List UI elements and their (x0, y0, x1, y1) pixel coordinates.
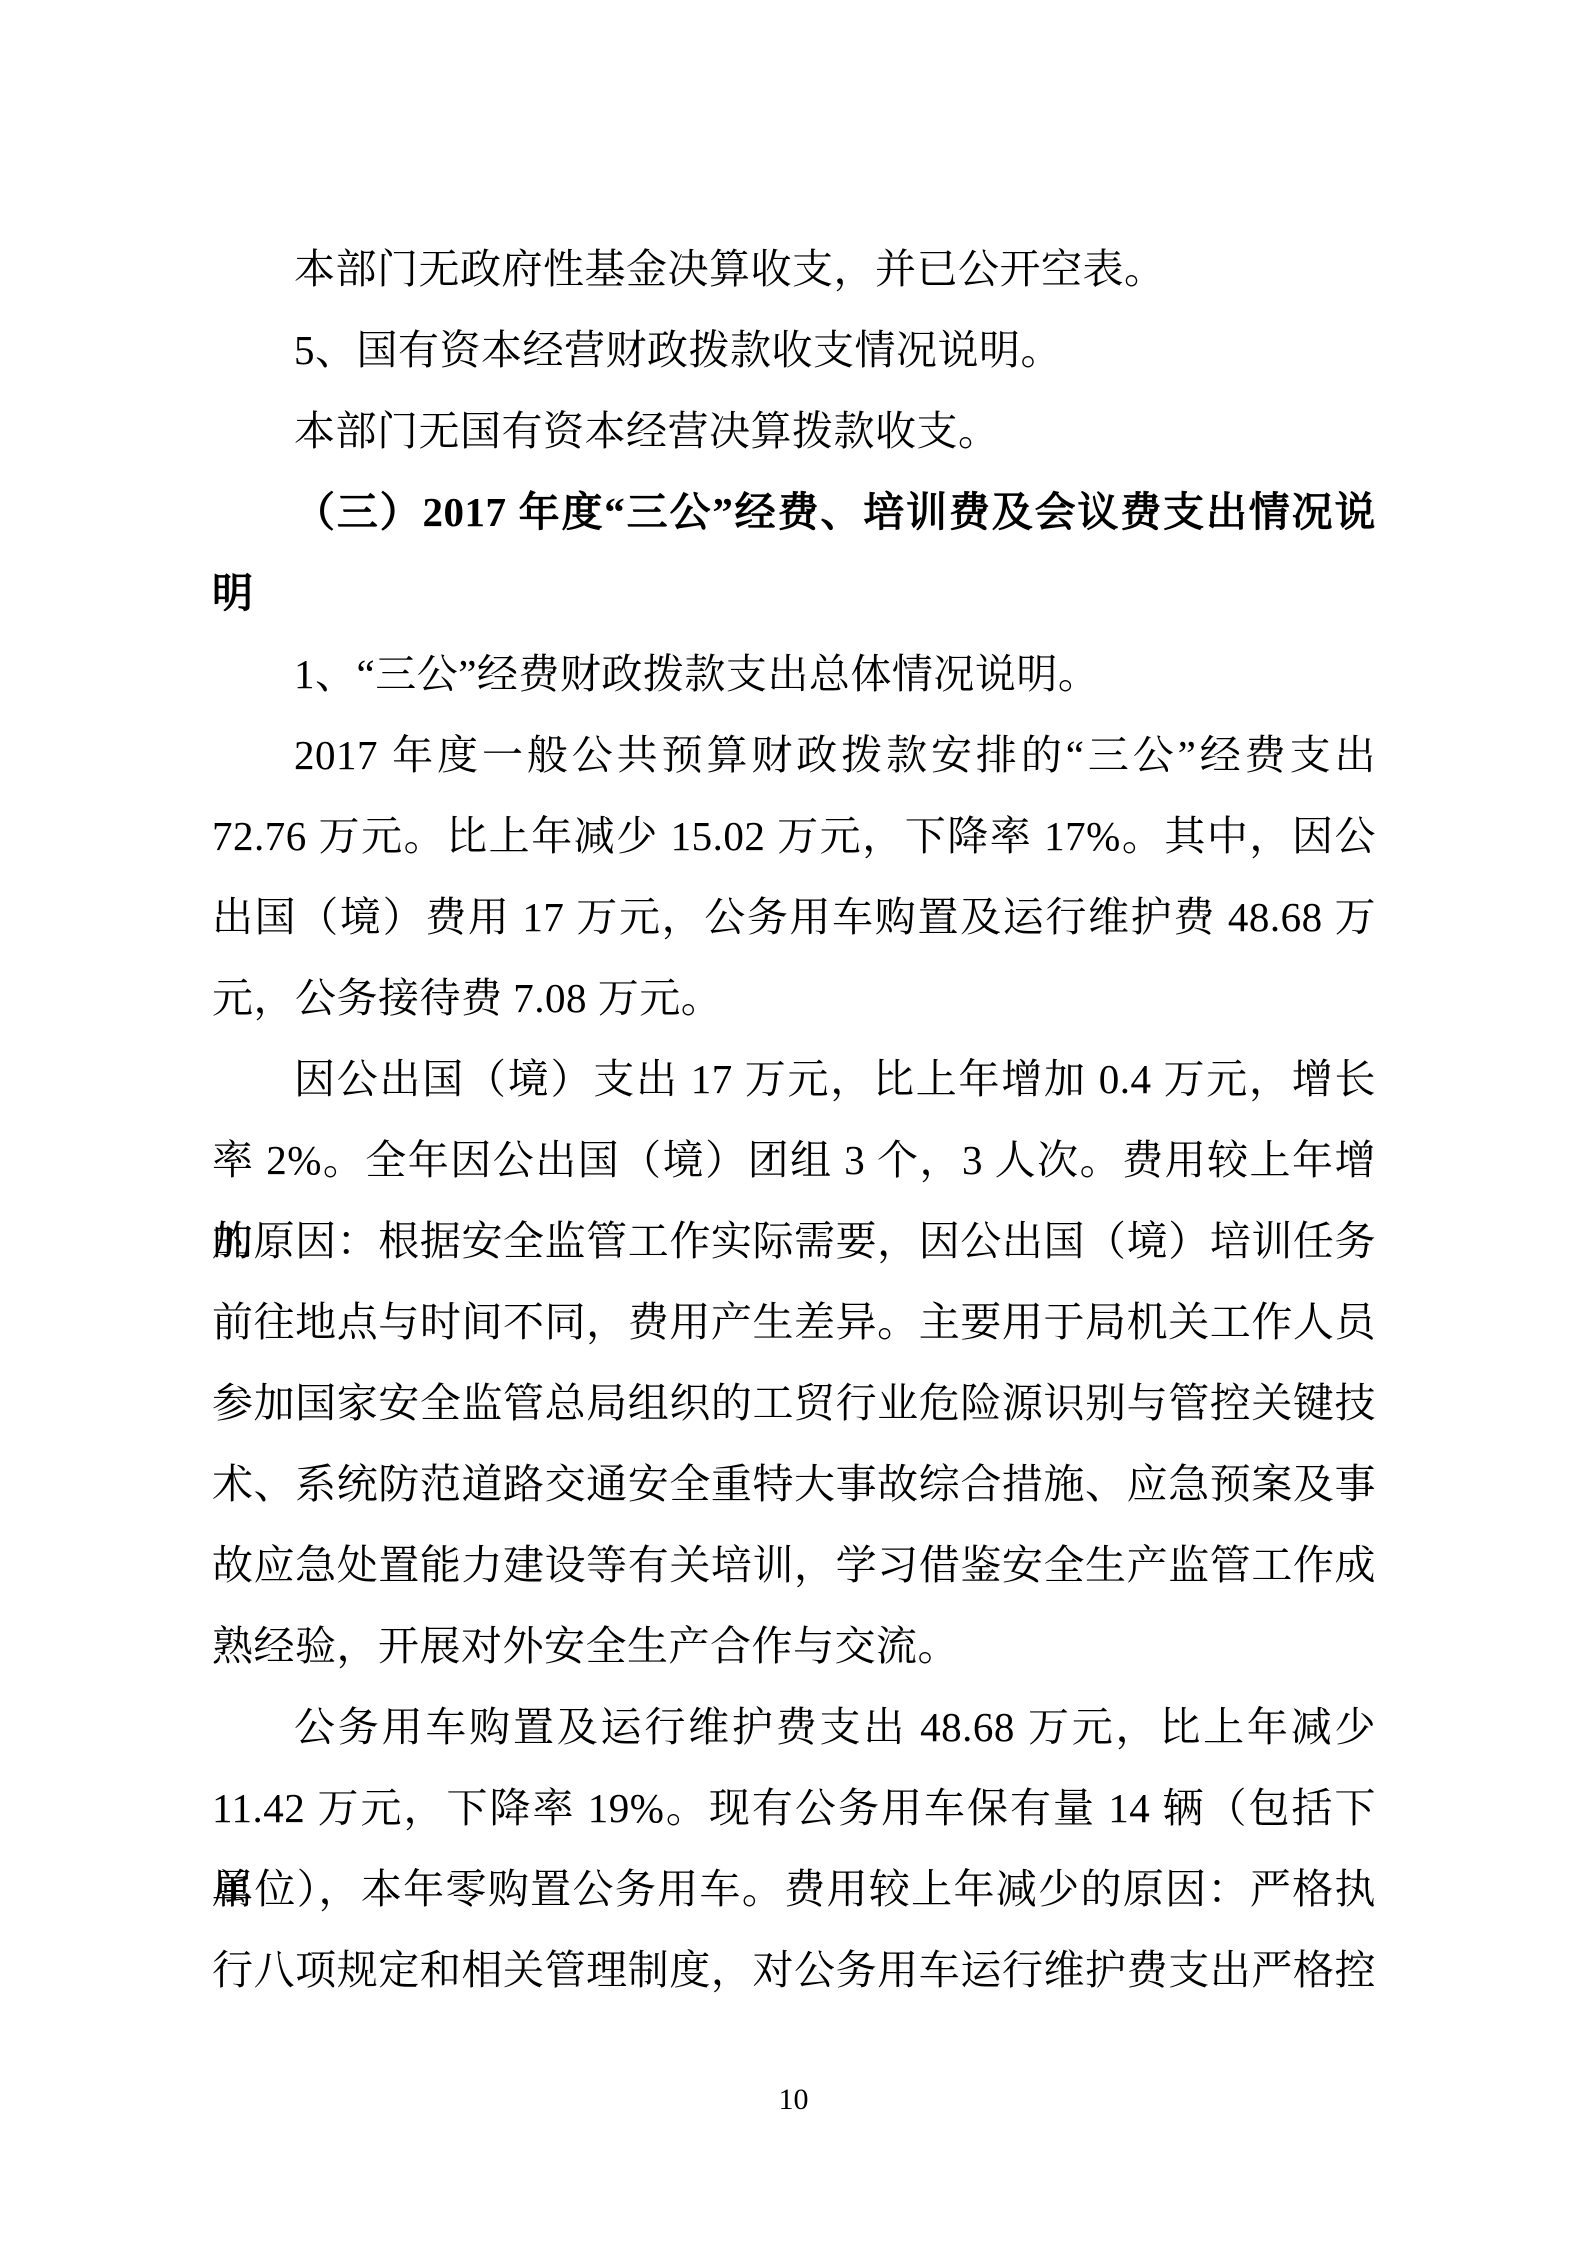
text-line: 熟经验，开展对外安全生产合作与交流。 (212, 1606, 1376, 1687)
text-line: 的原因：根据安全监管工作实际需要，因公出国（境）培训任务 (212, 1201, 1376, 1282)
document-body: 本部门无政府性基金决算收支，并已公开空表。5、国有资本经营财政拨款收支情况说明。… (212, 229, 1376, 2011)
text-line: 2017 年度一般公共预算财政拨款安排的“三公”经费支出 (212, 715, 1376, 796)
text-line: 11.42 万元，下降率 19%。现有公务用车保有量 14 辆（包括下属 (212, 1768, 1376, 1849)
text-line: 元，公务接待费 7.08 万元。 (212, 958, 1376, 1039)
text-line: 明 (212, 553, 1376, 634)
text-line: 行八项规定和相关管理制度，对公务用车运行维护费支出严格控 (212, 1930, 1376, 2011)
text-line: 参加国家安全监管总局组织的工贸行业危险源识别与管控关键技 (212, 1363, 1376, 1444)
text-line: 出国（境）费用 17 万元，公务用车购置及运行维护费 48.68 万 (212, 877, 1376, 958)
text-line: 1、“三公”经费财政拨款支出总体情况说明。 (212, 634, 1376, 715)
text-line: 单位），本年零购置公务用车。费用较上年减少的原因：严格执 (212, 1849, 1376, 1930)
text-line: （三）2017 年度“三公”经费、培训费及会议费支出情况说 (212, 472, 1376, 553)
text-line: 72.76 万元。比上年减少 15.02 万元，下降率 17%。其中，因公 (212, 796, 1376, 877)
text-line: 公务用车购置及运行维护费支出 48.68 万元，比上年减少 (212, 1687, 1376, 1768)
text-line: 前往地点与时间不同，费用产生差异。主要用于局机关工作人员 (212, 1282, 1376, 1363)
text-line: 因公出国（境）支出 17 万元，比上年增加 0.4 万元，增长 (212, 1039, 1376, 1120)
text-line: 本部门无国有资本经营决算拨款收支。 (212, 391, 1376, 472)
text-line: 术、系统防范道路交通安全重特大事故综合措施、应急预案及事 (212, 1444, 1376, 1525)
document-page: 本部门无政府性基金决算收支，并已公开空表。5、国有资本经营财政拨款收支情况说明。… (0, 0, 1587, 2245)
text-line: 5、国有资本经营财政拨款收支情况说明。 (212, 310, 1376, 391)
page-number: 10 (0, 2080, 1587, 2120)
text-line: 故应急处置能力建设等有关培训，学习借鉴安全生产监管工作成 (212, 1525, 1376, 1606)
text-line: 率 2%。全年因公出国（境）团组 3 个，3 人次。费用较上年增加 (212, 1120, 1376, 1201)
text-line: 本部门无政府性基金决算收支，并已公开空表。 (212, 229, 1376, 310)
